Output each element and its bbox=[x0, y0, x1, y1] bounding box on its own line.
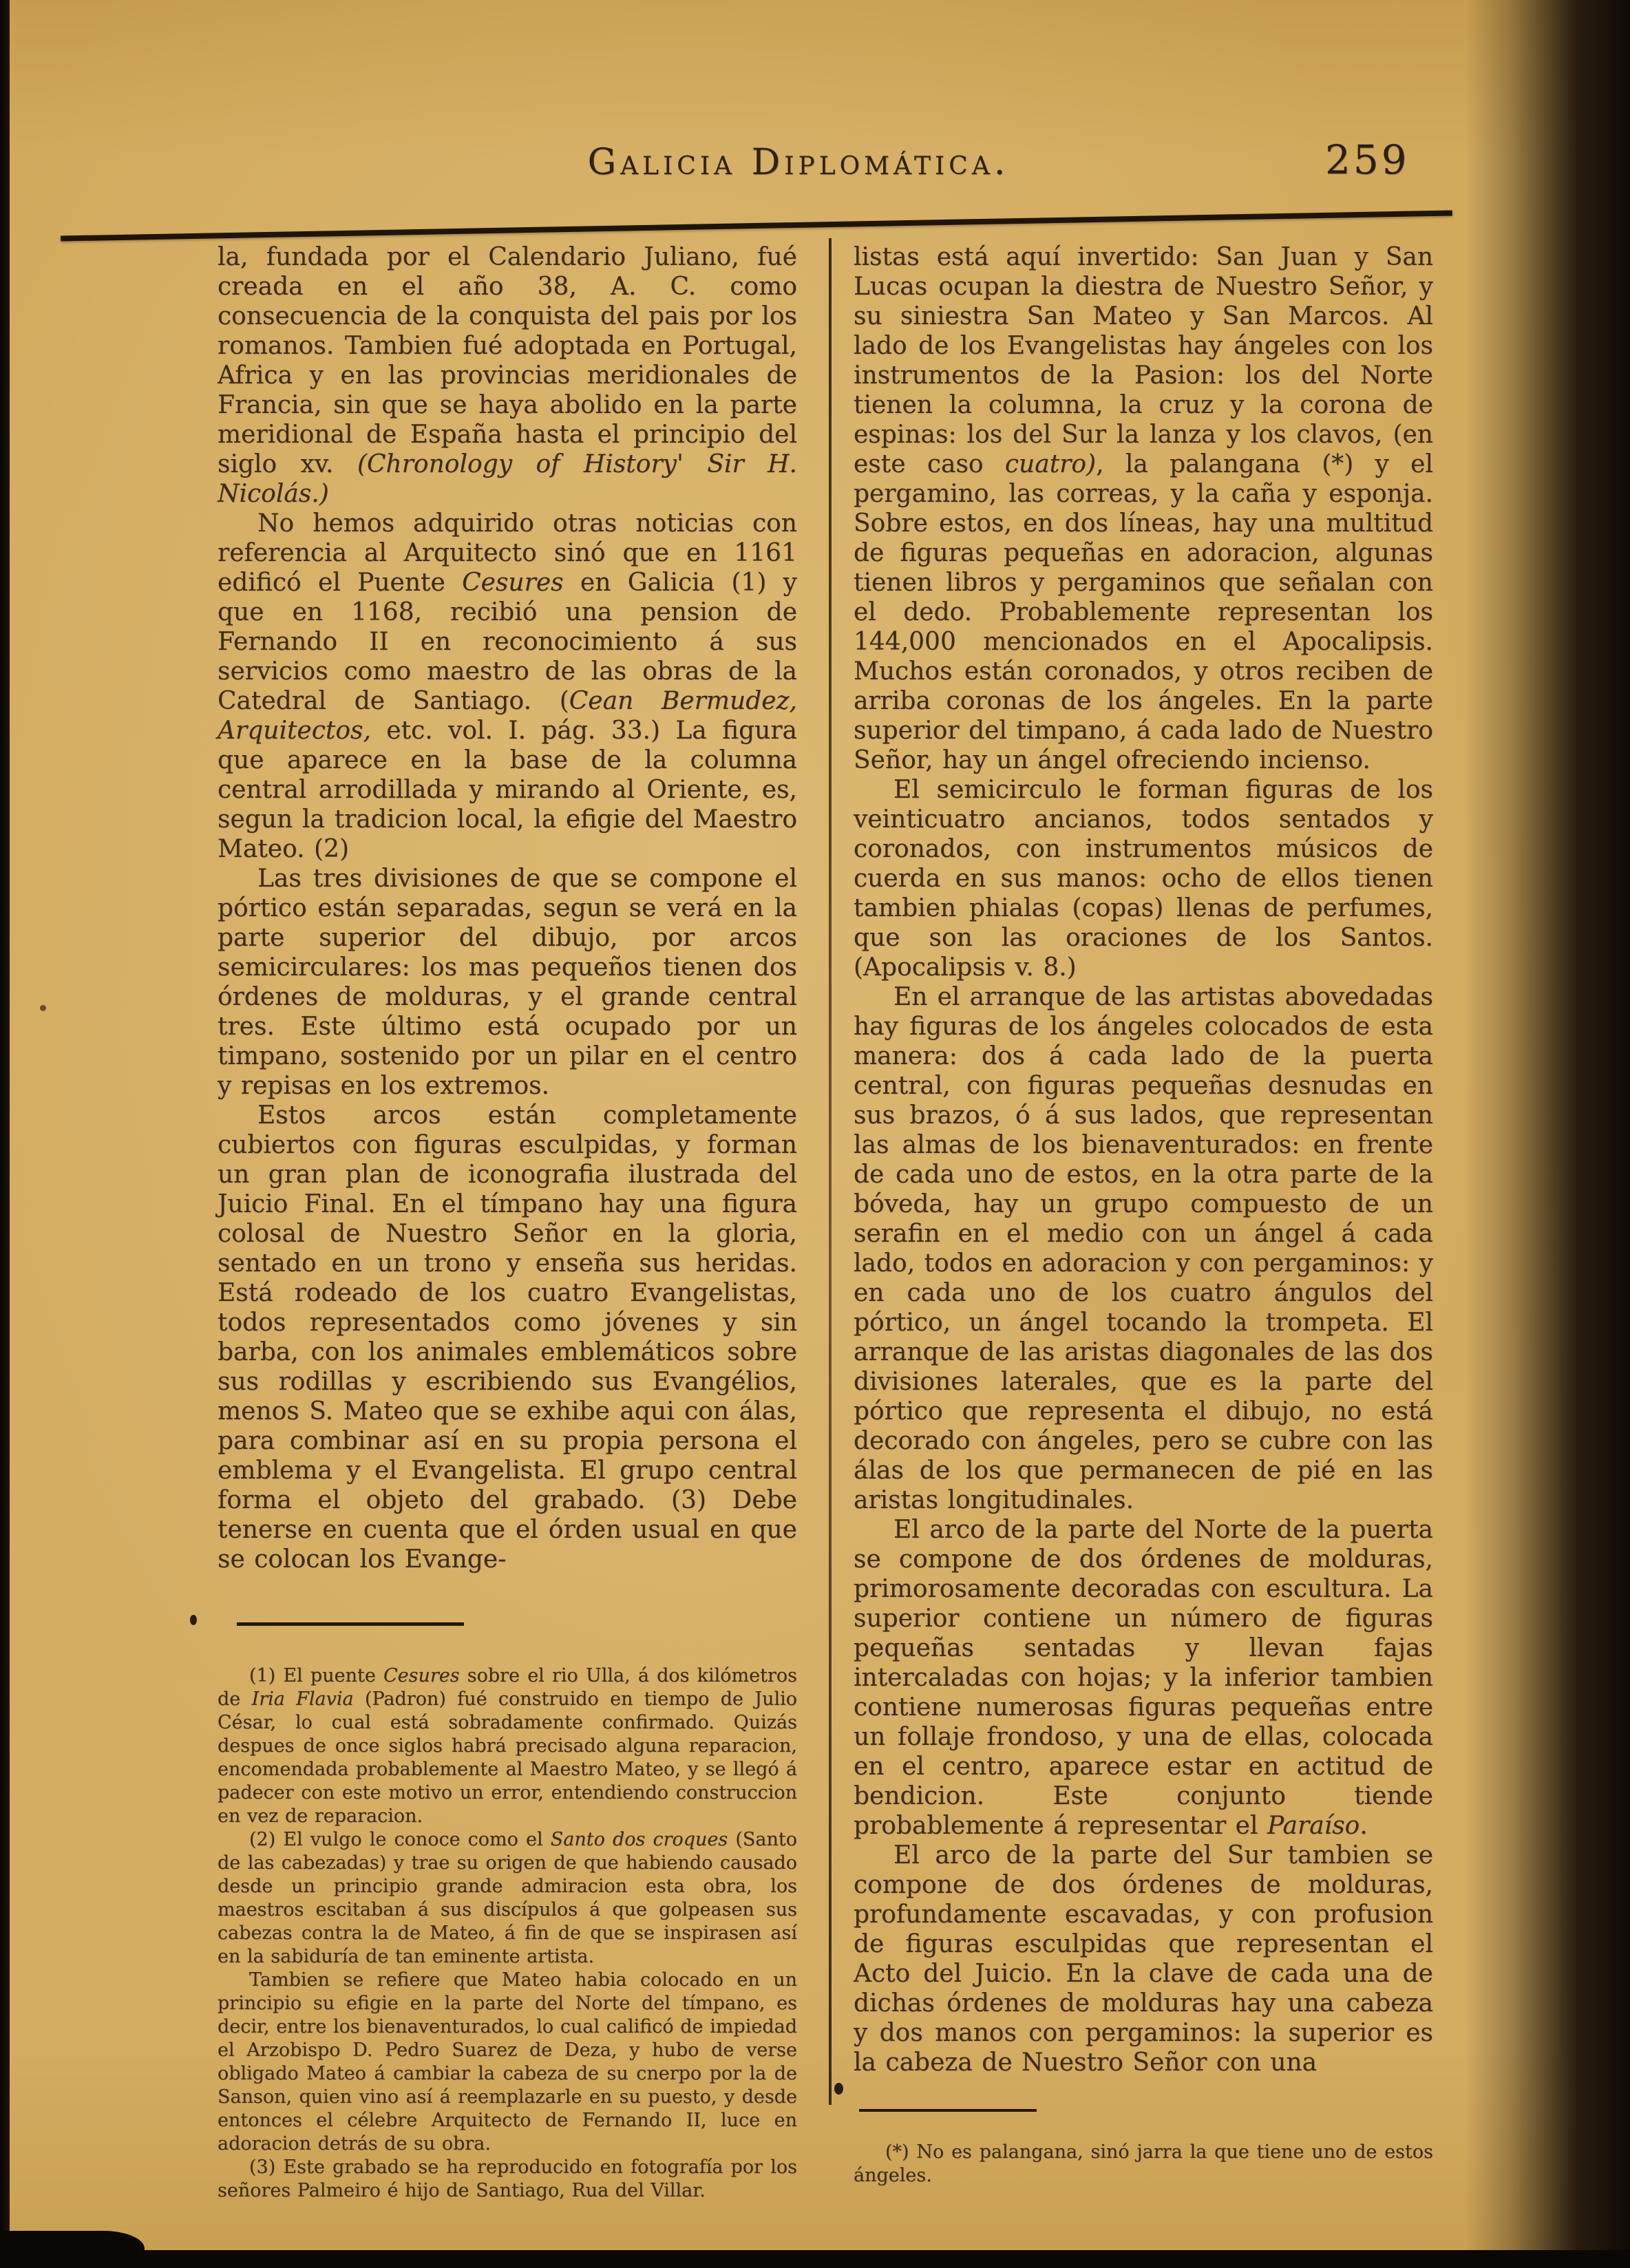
journal-title: Galicia Diplomática. bbox=[588, 142, 1010, 183]
scan-edge-left bbox=[0, 0, 10, 2268]
footnote-star: (*) No es palangana, sinó jarra la que t… bbox=[854, 2141, 1433, 2187]
ink-speck bbox=[190, 1615, 197, 1625]
paragraph: Estos arcos están completamente cubierto… bbox=[218, 1101, 797, 1574]
footnote-3: (3) Este grabado se ha reproducido en fo… bbox=[218, 2156, 797, 2203]
scan-edge-bottom bbox=[0, 2250, 1630, 2268]
header-rule bbox=[61, 210, 1452, 241]
right-column: listas está aquí invertido: San Juan y S… bbox=[854, 242, 1433, 2187]
ink-speck bbox=[834, 2083, 843, 2095]
column-divider bbox=[829, 238, 832, 2105]
paragraph: la, fundada por el Calendario Juliano, f… bbox=[218, 242, 797, 509]
ink-speck bbox=[40, 1005, 46, 1011]
paragraph: El arco de la parte del Sur tambien se c… bbox=[854, 1841, 1433, 2077]
paragraph: listas está aquí invertido: San Juan y S… bbox=[854, 242, 1433, 775]
footnote-1: (1) El puente Cesures sobre el rio Ulla,… bbox=[218, 1664, 797, 1828]
page-number: 259 bbox=[1325, 136, 1410, 183]
footnote-2-continued: Tambien se refiere que Mateo habia coloc… bbox=[218, 1969, 797, 2156]
footnote-separator bbox=[237, 1622, 464, 1626]
left-column: la, fundada por el Calendario Juliano, f… bbox=[218, 242, 797, 2203]
scanned-page: Galicia Diplomática. 259 la, fundada por… bbox=[0, 0, 1630, 2268]
paragraph: En el arranque de las artistas abovedada… bbox=[854, 982, 1433, 1515]
page-header: Galicia Diplomática. bbox=[207, 142, 1390, 183]
paragraph: Las tres divisiones de que se compone el… bbox=[218, 864, 797, 1101]
paragraph: El semicirculo le forman figuras de los … bbox=[854, 775, 1433, 982]
scan-edge-right bbox=[1465, 0, 1630, 2268]
footnote-separator bbox=[859, 2109, 1037, 2112]
paragraph: No hemos adquirido otras noticias con re… bbox=[218, 509, 797, 864]
paragraph: El arco de la parte del Norte de la puer… bbox=[854, 1515, 1433, 1841]
footnote-2: (2) El vulgo le conoce como el Santo dos… bbox=[218, 1828, 797, 1969]
